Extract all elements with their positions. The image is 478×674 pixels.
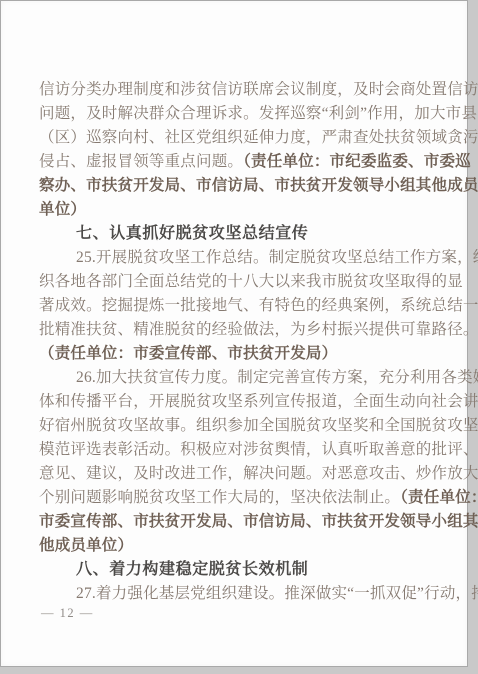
text-line: 个别问题影响脱贫攻坚工作大局的，坚决依法制止。（责任单位： xyxy=(39,486,447,510)
text-segment: 侵占、虚报冒领等重点问题。 xyxy=(39,153,243,170)
document-body: 信访分类办理制度和涉贫信访联席会议制度，及时会商处置信访问题，及时解决群众合理诉… xyxy=(39,78,447,606)
text-segment: 批精准扶贫、精准脱贫的经验做法，为乡村振兴提供可靠路径。 xyxy=(39,321,478,338)
page-number: — 12 — xyxy=(41,604,94,622)
text-segment: 个别问题影响脱贫攻坚工作大局的，坚决依法制止。 xyxy=(39,489,400,506)
text-segment: （责任单位： xyxy=(400,489,478,506)
document-page: 信访分类办理制度和涉贫信访联席会议制度，及时会商处置信访问题，及时解决群众合理诉… xyxy=(0,0,468,667)
text-segment: （责任单位：市纪委监委、市委巡 xyxy=(243,153,471,170)
scanned-page-backdrop: 信访分类办理制度和涉贫信访联席会议制度，及时会商处置信访问题，及时解决群众合理诉… xyxy=(0,0,478,674)
text-line: （责任单位：市委宣传部、市扶贫开发局） xyxy=(39,342,447,366)
text-segment: （区）巡察向村、社区党组织延伸力度，严肃查处扶贫领域贪污 xyxy=(39,129,478,146)
text-segment: 27.着力强化基层党组织建设。推深做实“一抓双促”行动，持 xyxy=(76,585,478,602)
text-segment: 单位） xyxy=(39,201,86,218)
text-line: 好宿州脱贫攻坚故事。组织参加全国脱贫攻坚奖和全国脱贫攻坚 xyxy=(39,414,447,438)
text-segment: 他成员单位） xyxy=(39,537,133,554)
text-segment: 26.加大扶贫宣传力度。制定完善宣传方案，充分利用各类媒 xyxy=(76,369,478,386)
text-line: 25.开展脱贫攻坚工作总结。制定脱贫攻坚总结工作方案，组 xyxy=(39,246,447,270)
text-line: 单位） xyxy=(39,198,447,222)
text-line: 26.加大扶贫宣传力度。制定完善宣传方案，充分利用各类媒 xyxy=(39,366,447,390)
text-segment: 察办、市扶贫开发局、市信访局、市扶贫开发领导小组其他成员 xyxy=(39,177,478,194)
text-segment: 好宿州脱贫攻坚故事。组织参加全国脱贫攻坚奖和全国脱贫攻坚 xyxy=(39,417,478,434)
text-segment: 著成效。挖掘提炼一批接地气、有特色的经典案例，系统总结一 xyxy=(39,297,478,314)
text-segment: 七、认真抓好脱贫攻坚总结宣传 xyxy=(76,225,308,242)
text-segment: （责任单位：市委宣传部、市扶贫开发局） xyxy=(39,345,337,362)
section-heading: 八、着力构建稳定脱贫长效机制 xyxy=(39,558,447,582)
text-line: 模范评选表彰活动。积极应对涉贫舆情，认真听取善意的批评、 xyxy=(39,438,447,462)
text-line: 著成效。挖掘提炼一批接地气、有特色的经典案例，系统总结一 xyxy=(39,294,447,318)
text-line: 意见、建议，及时改进工作，解决问题。对恶意攻击、炒作放大 xyxy=(39,462,447,486)
text-line: 问题，及时解决群众合理诉求。发挥巡察“利剑”作用，加大市县 xyxy=(39,102,447,126)
text-line: （区）巡察向村、社区党组织延伸力度，严肃查处扶贫领域贪污 xyxy=(39,126,447,150)
text-line: 织各地各部门全面总结党的十八大以来我市脱贫攻坚取得的显 xyxy=(39,270,447,294)
text-segment: 意见、建议，及时改进工作，解决问题。对恶意攻击、炒作放大 xyxy=(39,465,478,482)
text-line: 信访分类办理制度和涉贫信访联席会议制度，及时会商处置信访 xyxy=(39,78,447,102)
text-segment: 模范评选表彰活动。积极应对涉贫舆情，认真听取善意的批评、 xyxy=(39,441,478,458)
text-line: 侵占、虚报冒领等重点问题。（责任单位：市纪委监委、市委巡 xyxy=(39,150,447,174)
text-segment: 八、着力构建稳定脱贫长效机制 xyxy=(76,561,308,578)
text-segment: 市委宣传部、市扶贫开发局、市信访局、市扶贫开发领导小组其 xyxy=(39,513,478,530)
text-line: 察办、市扶贫开发局、市信访局、市扶贫开发领导小组其他成员 xyxy=(39,174,447,198)
text-segment: 信访分类办理制度和涉贫信访联席会议制度，及时会商处置信访 xyxy=(39,81,478,98)
text-segment: 织各地各部门全面总结党的十八大以来我市脱贫攻坚取得的显 xyxy=(39,273,463,290)
text-line: 市委宣传部、市扶贫开发局、市信访局、市扶贫开发领导小组其 xyxy=(39,510,447,534)
section-heading: 七、认真抓好脱贫攻坚总结宣传 xyxy=(39,222,447,246)
text-line: 体和传播平台，开展脱贫攻坚系列宣传报道，全面生动向社会讲 xyxy=(39,390,447,414)
text-segment: 问题，及时解决群众合理诉求。发挥巡察“利剑”作用，加大市县 xyxy=(39,105,477,122)
text-line: 27.着力强化基层党组织建设。推深做实“一抓双促”行动，持 xyxy=(39,582,447,606)
text-line: 批精准扶贫、精准脱贫的经验做法，为乡村振兴提供可靠路径。 xyxy=(39,318,447,342)
text-segment: 25.开展脱贫攻坚工作总结。制定脱贫攻坚总结工作方案，组 xyxy=(76,249,478,266)
text-segment: 体和传播平台，开展脱贫攻坚系列宣传报道，全面生动向社会讲 xyxy=(39,393,478,410)
text-line: 他成员单位） xyxy=(39,534,447,558)
